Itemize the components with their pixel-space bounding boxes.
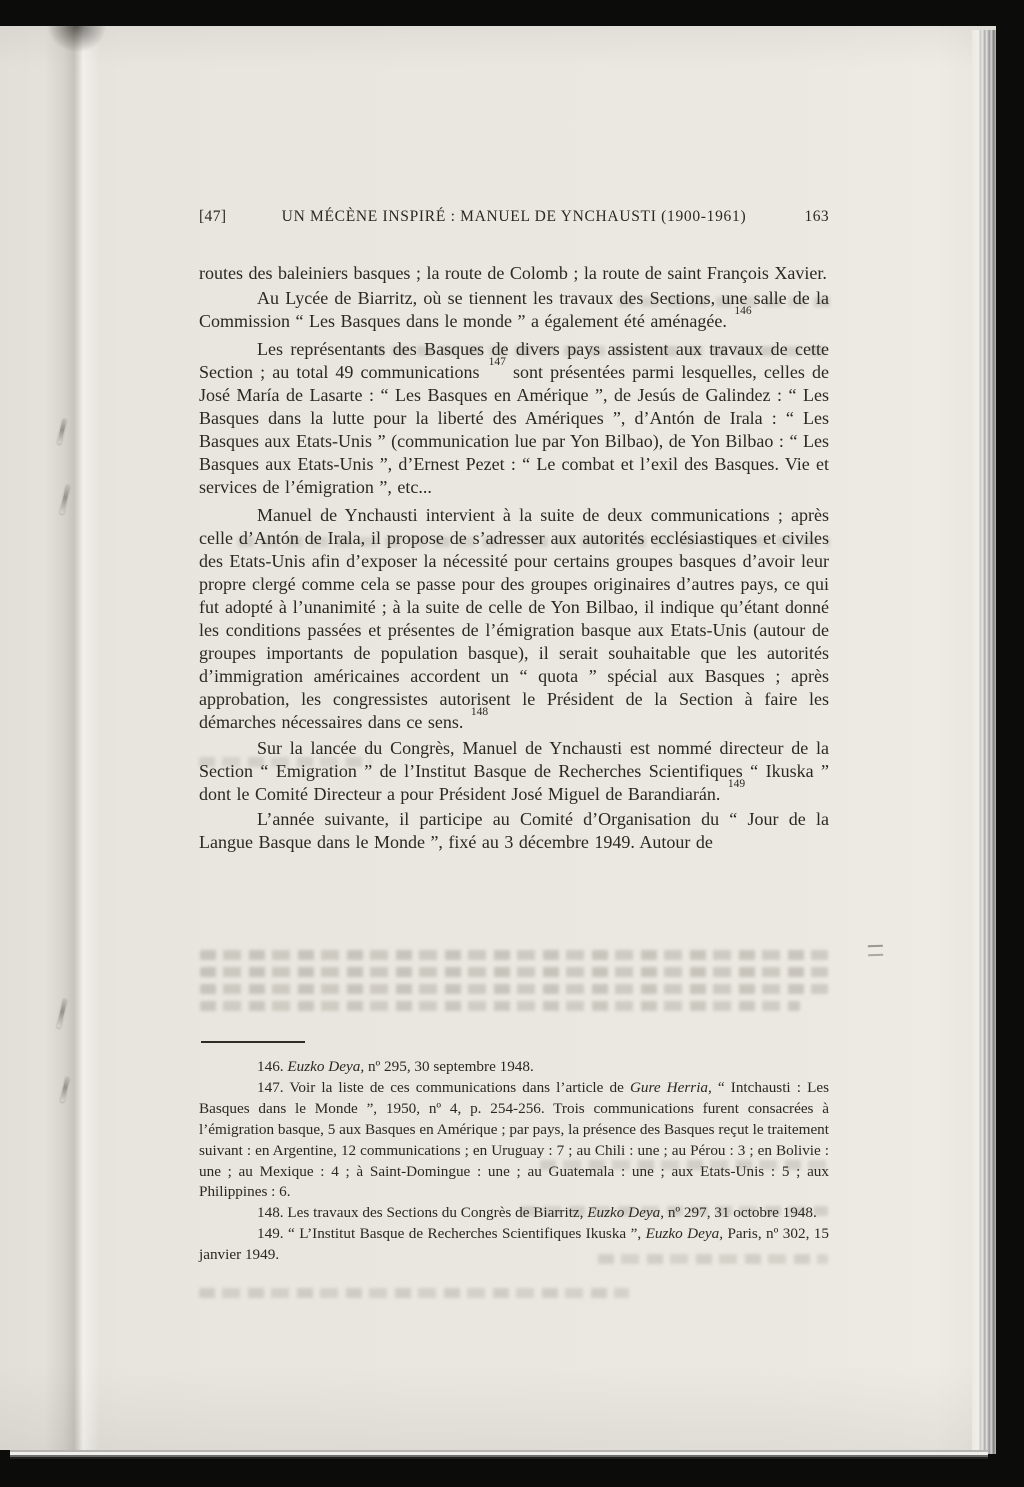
- gutter-top-shadow: [48, 26, 106, 52]
- footnote-journal-title: Euzko Deya,: [587, 1204, 664, 1221]
- footnote-text: “ Intchausti : Les Basques dans le Monde…: [199, 1079, 829, 1201]
- footnote-ref-147: 147: [489, 356, 506, 368]
- bleedthrough-text: [200, 967, 828, 977]
- footnote-text: 149. “ L’Institut Basque de Recherches S…: [257, 1225, 646, 1242]
- book-page: [47] UN MÉCÈNE INSPIRÉ : MANUEL DE YNCHA…: [0, 26, 996, 1450]
- paragraph-directeur-emigration: Sur la lancée du Congrès, Manuel de Ynch…: [199, 737, 829, 806]
- footnote-147: 147. Voir la liste de ces communications…: [199, 1078, 829, 1203]
- book-scan: [47] UN MÉCÈNE INSPIRÉ : MANUEL DE YNCHA…: [0, 0, 1024, 1487]
- footnote-ref-148: 148: [471, 706, 488, 718]
- paragraph-annee-suivante: L’année suivante, il participe au Comité…: [199, 808, 829, 854]
- footnotes-block: 146. Euzko Deya, nº 295, 30 septembre 19…: [199, 1041, 829, 1266]
- footnote-ref-149: 149: [728, 778, 745, 790]
- paragraph-text: Sur la lancée du Congrès, Manuel de Ynch…: [199, 738, 829, 804]
- page-gutter-crease: [44, 26, 100, 1450]
- bleedthrough-text: [200, 1001, 800, 1011]
- footnote-text: 148. Les travaux des Sections du Congrès…: [257, 1204, 587, 1221]
- footnote-text: nº 297, 31 octobre 1948.: [664, 1204, 817, 1221]
- footnote-journal-title: Euzko Deya,: [646, 1225, 723, 1242]
- paragraph-text: L’année suivante, il participe au Comité…: [199, 809, 829, 852]
- paragraph-continuation-routes: routes des baleiniers basques ; la route…: [199, 262, 829, 285]
- paragraph-text: sont présentées parmi lesquelles, celles…: [199, 362, 829, 497]
- footnote-journal-title: Gure Herria,: [630, 1079, 712, 1096]
- section-reference: [47]: [199, 208, 271, 226]
- pencil-margin-mark: [868, 945, 883, 957]
- paragraph-text: Manuel de Ynchausti intervient à la suit…: [199, 505, 829, 732]
- footnote-text: nº 295, 30 septembre 1948.: [364, 1058, 534, 1075]
- bleedthrough-text: [199, 1288, 629, 1298]
- bleedthrough-text: [200, 984, 828, 994]
- paragraph-ynchausti-intervient: Manuel de Ynchausti intervient à la suit…: [199, 504, 829, 734]
- footnote-text: 147. Voir la liste de ces communications…: [257, 1079, 630, 1096]
- running-title: UN MÉCÈNE INSPIRÉ : MANUEL DE YNCHAUSTI …: [271, 208, 757, 226]
- footnote-ref-146: 146: [734, 305, 751, 317]
- footnote-text: 146.: [257, 1058, 287, 1075]
- footnote-148: 148. Les travaux des Sections du Congrès…: [199, 1203, 829, 1224]
- paragraph-lycee-biarritz: Au Lycée de Biarritz, où se tiennent les…: [199, 287, 829, 333]
- page-stack-edge-bottom: [10, 1450, 988, 1459]
- page-number: 163: [757, 208, 829, 226]
- footnote-149: 149. “ L’Institut Basque de Recherches S…: [199, 1224, 829, 1266]
- paragraph-representants: Les représentants des Basques de divers …: [199, 338, 829, 499]
- text-column: [47] UN MÉCÈNE INSPIRÉ : MANUEL DE YNCHA…: [199, 208, 829, 854]
- footnote-journal-title: Euzko Deya,: [287, 1058, 364, 1075]
- page-stack-edge-right: [972, 30, 996, 1454]
- bleedthrough-text: [200, 950, 828, 960]
- footnote-separator: [201, 1041, 305, 1043]
- footnote-146: 146. Euzko Deya, nº 295, 30 septembre 19…: [199, 1057, 829, 1078]
- running-header: [47] UN MÉCÈNE INSPIRÉ : MANUEL DE YNCHA…: [199, 208, 829, 226]
- paragraph-text: routes des baleiniers basques ; la route…: [199, 263, 827, 283]
